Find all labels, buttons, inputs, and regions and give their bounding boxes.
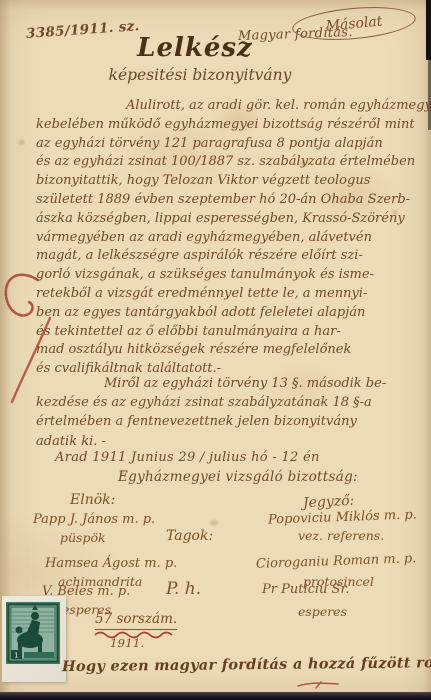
body-line: az egyházi törvény 121 paragrafusa 8 pon… [36,135,428,154]
paper-stain [18,140,25,145]
secretary-heading: Jegyző: [303,493,355,512]
serial-number: 57 sorszám. [95,611,177,630]
photo-edge-bottom [0,692,431,700]
date-line: Arad 1911 Junius 29 / julius hó - 12 én [55,450,320,465]
body-line: és az egyházi zsinat 100/1887 sz. szabál… [36,153,428,172]
body-line: mad osztályu hitközségek részére megfele… [36,341,428,360]
body-line: magát, a lelkészségre aspirálók részére … [36,247,428,266]
body-line: született 1889 évben szeptember hó 20-án… [36,191,428,210]
body-line: kebelében működő egyházmegyei bizottság … [36,116,428,135]
body-line: ben az egyes tantárgyakból adott felelet… [36,304,428,323]
signature-name: Papp J. János m. p. [33,512,155,527]
revenue-stamp: 1 [2,596,66,682]
serial-year: 1911. [110,636,144,650]
signature-title: püspök [60,530,106,545]
body-line: gorló vizsgának, a szükséges tanulmányok… [36,266,428,285]
signature-name: Cioroganiu Roman m. p. [256,551,417,572]
document-page: Másolat 3385/1911. sz. Magyar fordítás. … [0,0,431,700]
signature-title: esperes [298,604,347,619]
body-line: Miről az egyházi törvény 13 §. második b… [36,374,428,393]
photo-edge-right [426,0,431,60]
red-pencil-dash [296,680,342,690]
svg-text:1: 1 [14,652,18,660]
signature-title: vez. referens. [298,528,384,543]
body-line: Alulirott, az aradi gör. kel. román egyh… [36,97,428,116]
signature-name: Hamsea Ágost m. p. [45,556,177,571]
seal-placeholder: P. h. [166,579,201,599]
revenue-stamp-image: 1 [2,596,66,682]
closing-line: Hogy ezen magyar fordítás a hozzá fűzött… [62,654,431,675]
body-line: és tekintettel az ő előbbi tanulmányaira… [36,323,428,342]
document-title: Lelkész [115,33,275,63]
body-paragraph-2: Miről az egyházi törvény 13 §. második b… [36,374,428,451]
document-subtitle: képesitési bizonyitvány [85,66,315,84]
chairman-heading: Elnök: [70,492,115,508]
body-line: adatik ki. - [36,432,428,451]
body-line: retekből a vizsgát eredménnyel tette le,… [36,285,428,304]
members-heading: Tagok: [166,528,213,544]
body-line: bizonyitattik, hogy Telozan Viktor végze… [36,172,428,191]
paper-stain [210,520,218,526]
signature-name: Pr Puticiu Sr. [262,582,349,597]
body-line: kezdése és az egyházi zsinat szabályzatá… [36,393,428,412]
body-line: ászka községben, lippai esperességben, K… [36,210,428,229]
body-line: vármegyében az aradi egyházmegyében, alá… [36,229,428,248]
committee-line: Egyházmegyei vizsgáló bizottság: [118,469,358,485]
signature-name: Popoviciu Miklós m. p. [268,507,417,527]
body-line: értelmében a fentnevezettnek jelen bizon… [36,412,428,431]
body-paragraph-1: Alulirott, az aradi gör. kel. román egyh… [36,97,428,379]
